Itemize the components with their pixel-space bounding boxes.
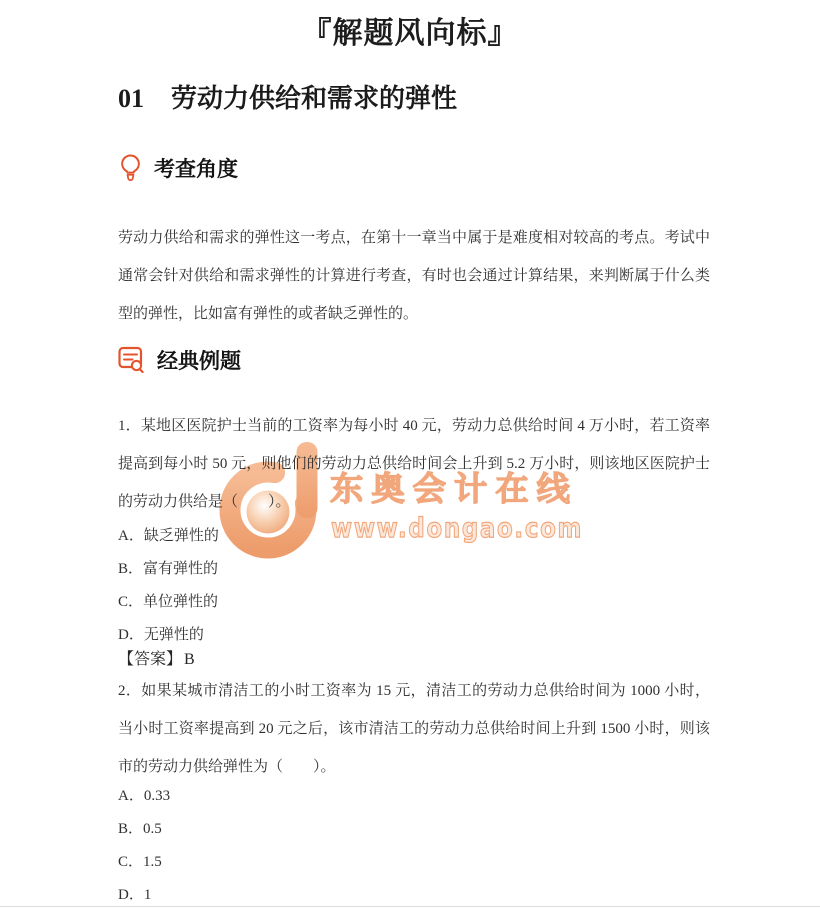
question-1-stem: 1．某地区医院护士当前的工资率为每小时 40 元，劳动力总供给时间 4 万小时，…	[118, 407, 710, 521]
doc-search-icon	[118, 345, 146, 375]
section-heading: 01劳动力供给和需求的弹性	[118, 78, 457, 115]
document-page: 东奥会计在线 www.dongao.com 『解题风向标』 01劳动力供给和需求…	[0, 0, 820, 909]
question-2-option-c: C．1.5	[118, 846, 706, 879]
question-1-options: A．缺乏弹性的 B．富有弹性的 C．单位弹性的 D．无弹性的	[118, 520, 706, 652]
question-2-stem: 2．如果某城市清洁工的小时工资率为 15 元，清洁工的劳动力总供给时间为 100…	[118, 672, 710, 786]
angle-heading: 考查角度	[118, 150, 238, 186]
section-number: 01	[118, 84, 144, 113]
page-title: 『解题风向标』	[0, 8, 820, 52]
answer-value: B	[184, 651, 195, 668]
examples-heading: 经典例题	[118, 342, 241, 378]
section-title: 劳动力供给和需求的弹性	[171, 84, 457, 113]
question-1-option-d: D．无弹性的	[118, 619, 706, 652]
examples-heading-label: 经典例题	[157, 345, 241, 375]
question-1-option-a: A．缺乏弹性的	[118, 520, 706, 553]
question-1-option-b: B．富有弹性的	[118, 553, 706, 586]
question-2-option-d: D．1	[118, 879, 706, 909]
angle-paragraph: 劳动力供给和需求的弹性这一考点，在第十一章当中属于是难度相对较高的考点。考试中通…	[118, 219, 710, 333]
question-2-options: A．0.33 B．0.5 C．1.5 D．1	[118, 780, 706, 909]
answer-label: 【答案】	[118, 651, 182, 668]
angle-heading-label: 考查角度	[154, 153, 238, 183]
lightbulb-icon	[118, 152, 143, 184]
document-content: 『解题风向标』 01劳动力供给和需求的弹性 考查角度 劳动力供给和需求的弹性这一…	[0, 0, 820, 909]
question-1-answer: 【答案】B	[118, 646, 195, 674]
question-2-option-b: B．0.5	[118, 813, 706, 846]
question-2-option-a: A．0.33	[118, 780, 706, 813]
question-1-option-c: C．单位弹性的	[118, 586, 706, 619]
